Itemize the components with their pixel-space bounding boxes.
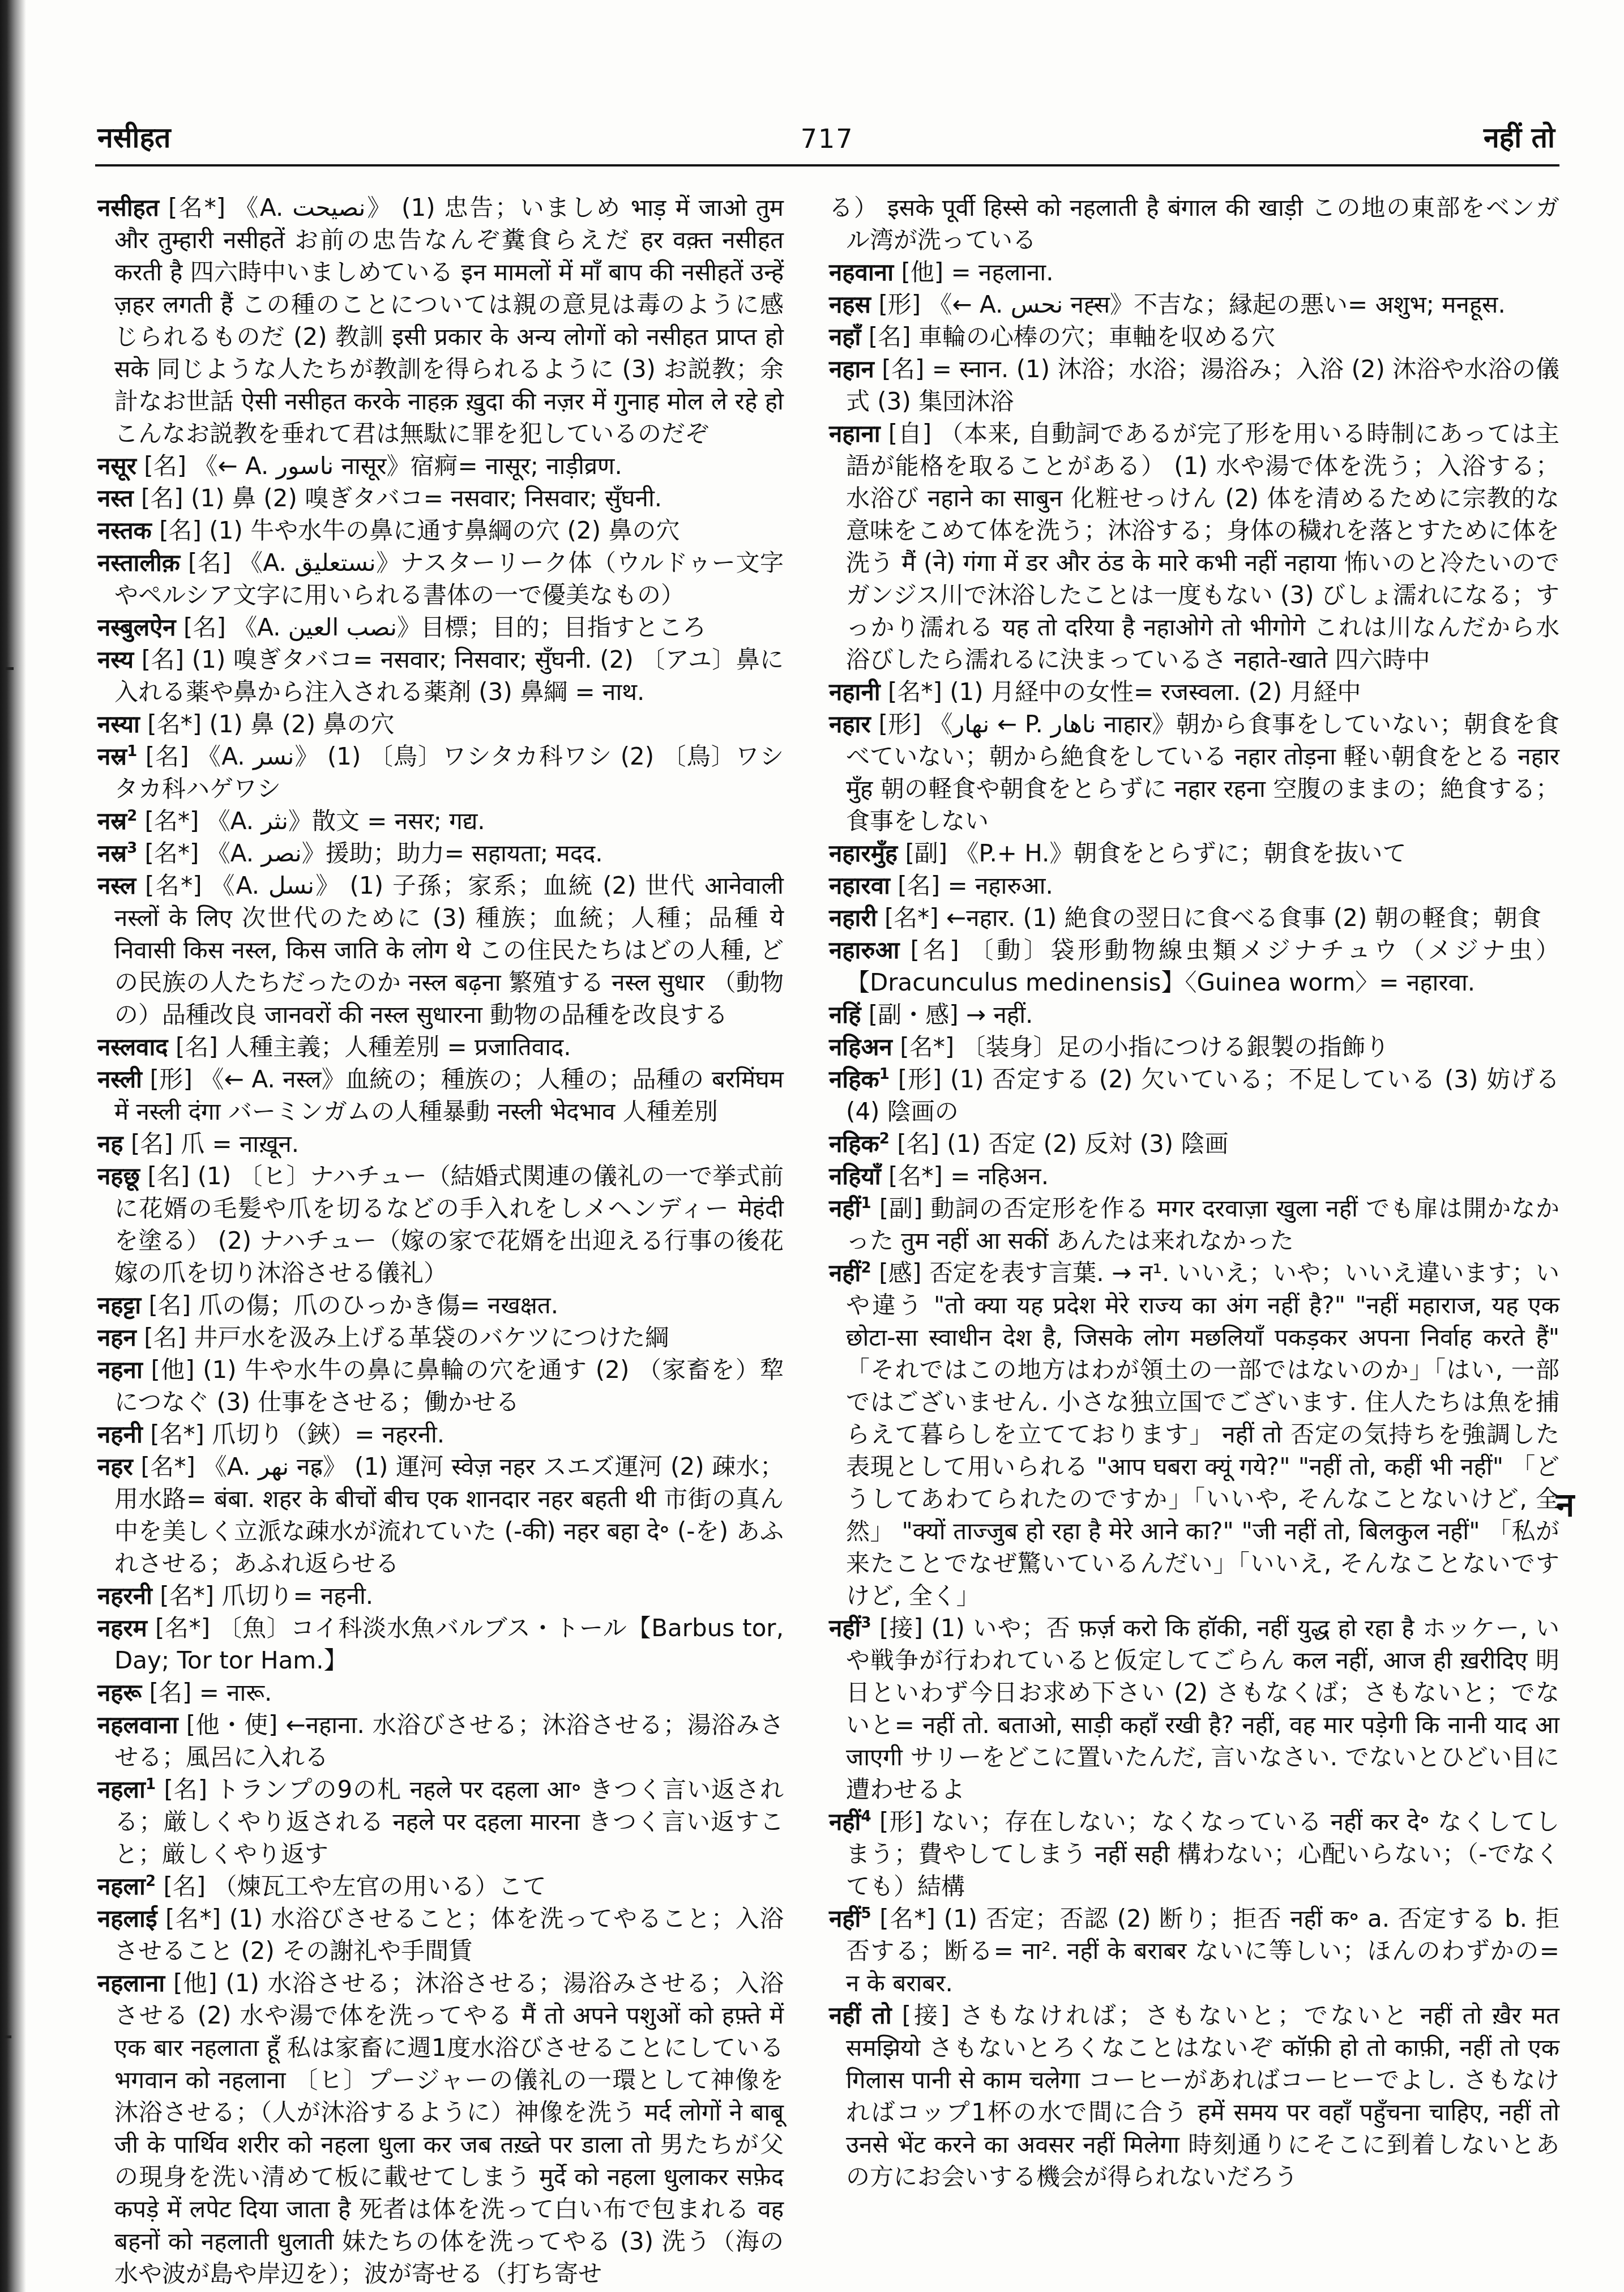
- headword: नस्त: [97, 484, 134, 512]
- entry-body: 爪の傷；爪のひっかき傷= नखक्षत.: [199, 1291, 559, 1319]
- part-of-speech-label: [名*]: [141, 1453, 195, 1480]
- part-of-speech-label: [名*]: [147, 710, 202, 738]
- dictionary-entry: नहनी [名*] 爪切り（鋏）= नहरनी.: [97, 1418, 784, 1450]
- dictionary-entry: नहरू [名] = नारू.: [97, 1676, 784, 1709]
- headword: नहट्टा: [97, 1291, 141, 1319]
- dictionary-entry: नहीं1 [副] 動詞の否定形を作る मगर दरवाज़ा खुला नही…: [829, 1192, 1559, 1257]
- dictionary-entry: नहारुआ [名] 〔動〕袋形動物線虫類メジナチュウ（メジナ虫）【Dracun…: [829, 934, 1559, 998]
- dictionary-entry: नस्तक [名] (1) 牛や水牛の鼻に通す鼻綱の穴 (2) 鼻の穴: [97, 514, 784, 547]
- entry-body: = नारू.: [199, 1679, 272, 1706]
- dictionary-entry: नहीं3 [接] (1) いや；否 फ़र्ज़ करो कि हॉकी, न…: [829, 1612, 1559, 1806]
- entry-body: トランプの9の札 नहले पर दहला आ॰ きつく言い返される；厳しくやり…: [114, 1775, 784, 1868]
- entry-body: ない；存在しない；なくなっている नहीं कर दे॰ なくしてしまう；費やし…: [846, 1808, 1559, 1900]
- part-of-speech-label: [名]: [882, 355, 924, 383]
- dictionary-entry: नसीहत [名*] 《A. نصيحت》 (1) 忠告；いましめ भाड़ म…: [97, 191, 784, 450]
- part-of-speech-label: [名]: [911, 936, 959, 964]
- part-of-speech-label: [名*]: [150, 1420, 204, 1448]
- column-right: る） इसके पूर्वी हिस्से को नहलाती है बंगाल…: [829, 191, 1559, 2193]
- entry-body: 《← A. ناسور नासूर》宿痾= नासूर; नाड़ीव्रण.: [194, 452, 622, 480]
- part-of-speech-label: [他・使]: [186, 1711, 278, 1739]
- entry-body: 《P.+ H.》朝食をとらずに；朝食を抜いて: [955, 839, 1407, 867]
- entry-body: 《A. نسر》 (1) 〔鳥〕ワシタカ科ワシ (2) 〔鳥〕ワシタカ科ハゲワシ: [114, 742, 784, 803]
- dictionary-entry: नहला1 [名] トランプの9の札 नहले पर दहला आ॰ きつく言い…: [97, 1773, 784, 1870]
- part-of-speech-label: [名]: [183, 613, 226, 641]
- dictionary-entry: नहिअन [名*] 〔装身〕足の小指につける銀製の指飾り: [829, 1031, 1559, 1063]
- dictionary-entry: नहिक2 [名] (1) 否定 (2) 反対 (3) 陰画: [829, 1128, 1559, 1160]
- headword: नस्ल: [97, 872, 136, 899]
- dictionary-entry: नस्बुलऐन [名] 《A. نصب العين》目標；目的；目指すところ: [97, 611, 784, 643]
- part-of-speech-label: [名]: [159, 517, 202, 544]
- dictionary-entry: नहर [名*] 《A. نهر नह्र》 (1) 運河 स्वेज़ नहर…: [97, 1450, 784, 1580]
- headword: नहान: [829, 355, 874, 383]
- part-of-speech-label: [名]: [141, 484, 183, 512]
- entry-body: 爪切り= नहनी.: [221, 1582, 373, 1610]
- entry-body: 〔魚〕コイ科淡水魚バルブス・トール【Barbus tor, Day; Tor t…: [114, 1614, 784, 1674]
- part-of-speech-label: [名]: [188, 549, 231, 577]
- headword: नहाना: [829, 420, 881, 447]
- entry-body: (1) 牛や水牛の鼻に鼻輪の穴を通す (2) （家畜を）犂につなぐ (3) 仕事…: [114, 1356, 784, 1416]
- entry-body: 《A. نسل》 (1) 子孫；家系；血統 (2) 世代 आनेवाली नस्…: [114, 872, 784, 1028]
- part-of-speech-label: [形]: [878, 291, 921, 318]
- part-of-speech-label: [形]: [150, 1065, 193, 1093]
- headword: नहारवा: [829, 872, 890, 899]
- part-of-speech-label: [接]: [879, 1614, 923, 1642]
- dictionary-entry: नहस [形] 《← A. نحس नह्स》不吉な；縁起の悪い= अशुभ; …: [829, 288, 1559, 321]
- headword: नहारुआ: [829, 936, 900, 964]
- dictionary-entry: नस्य [名] (1) 嗅ぎタバコ= नसवार; निसवार; सुँघन…: [97, 643, 784, 708]
- part-of-speech-label: [名]: [897, 1130, 939, 1158]
- entry-body: 《A. نهر नह्र》 (1) 運河 स्वेज़ नहर スエズ運河 (2…: [114, 1453, 784, 1577]
- entry-body: (1) 鼻 (2) 鼻の穴: [209, 710, 394, 738]
- headword: नहानी: [829, 678, 881, 706]
- part-of-speech-label: [名]: [149, 1679, 192, 1706]
- dictionary-entry: नहरनी [名*] 爪切り= नहनी.: [97, 1580, 784, 1612]
- part-of-speech-label: [副]: [879, 1194, 922, 1222]
- dictionary-entry: नस्ल [名*] 《A. نسل》 (1) 子孫；家系；血統 (2) 世代 आ…: [97, 869, 784, 1031]
- entry-body: (1) 牛や水牛の鼻に通す鼻綱の穴 (2) 鼻の穴: [209, 517, 679, 544]
- part-of-speech-label: [名]: [146, 742, 189, 770]
- entry-body: (1) 水浴させる；沐浴させる；湯浴みさせる；入浴させる (2) 水や湯で体を洗…: [114, 1969, 784, 2287]
- dictionary-entry: नहारवा [名] = नहारुआ.: [829, 869, 1559, 902]
- guide-word-right: नहीं तो: [1484, 123, 1555, 152]
- headword: नस्तालीक़: [97, 549, 180, 577]
- headword: नहन: [97, 1324, 136, 1351]
- headword: नहरनी: [97, 1582, 152, 1610]
- dictionary-entry: नहियाँ [名*] = नहिअन.: [829, 1160, 1559, 1192]
- dictionary-entry: नहट्टा [名] 爪の傷；爪のひっかき傷= नखक्षत.: [97, 1289, 784, 1321]
- dictionary-entry: नहाँ [名] 車輪の心棒の穴；車軸を収める穴: [829, 321, 1559, 353]
- part-of-speech-label: [名*]: [168, 194, 225, 221]
- part-of-speech-label: [名*]: [145, 807, 199, 835]
- entry-body: (1) 否定 (2) 反対 (3) 陰画: [947, 1130, 1228, 1158]
- part-of-speech-label: [名]: [144, 452, 186, 480]
- entry-body: 《A. نصيحت》 (1) 忠告；いましめ भाड़ में जाओ तुम …: [114, 194, 784, 447]
- part-of-speech-label: [名*]: [888, 1162, 943, 1190]
- scan-speck: [6, 667, 14, 670]
- part-of-speech-label: [名]: [176, 1033, 218, 1061]
- part-of-speech-label: [形]: [878, 710, 921, 738]
- part-of-speech-label: [他]: [173, 1969, 217, 1997]
- headword: नहीं1: [829, 1194, 871, 1222]
- part-of-speech-label: [名*]: [879, 1905, 935, 1932]
- column-left: नसीहत [名*] 《A. نصيحت》 (1) 忠告；いましめ भाड़ म…: [97, 191, 784, 2290]
- entry-body: 動詞の否定形を作る मगर दरवाज़ा खुला नहीं でも扉は開かなか…: [846, 1194, 1559, 1254]
- entry-body: (1) 否定；否認 (2) 断り；拒否 नहीं क॰ a. 否定する b. 拒…: [846, 1905, 1559, 1997]
- headword: नस्तक: [97, 517, 152, 544]
- dictionary-entry: नस्लवाद [名] 人種主義；人種差別 = प्रजातिवाद.: [97, 1031, 784, 1063]
- headword: नहिक2: [829, 1130, 890, 1158]
- part-of-speech-label: [名]: [131, 1130, 173, 1158]
- entry-body: = नहारुआ.: [947, 872, 1053, 899]
- entry-body: 《← A. نحس नह्स》不吉な；縁起の悪い= अशुभ; मनहूस.: [929, 291, 1506, 318]
- entry-body: (1) 鼻 (2) 嗅ぎタバコ= नसवार; निसवार; सुँघनी.: [191, 484, 662, 512]
- headword: नहिं: [829, 1001, 861, 1028]
- headword: नस्या: [97, 710, 140, 738]
- header-rule: [95, 164, 1559, 167]
- entry-body: さもなければ；さもないと；でないと नहीं तो ख़ैर मत समझियो…: [846, 2001, 1559, 2191]
- dictionary-entry: नस्त [名] (1) 鼻 (2) 嗅ぎタバコ= नसवार; निसवार;…: [97, 482, 784, 514]
- headword: नस्ली: [97, 1065, 142, 1093]
- entry-body: 《← A. नस्ल》血統の；種族の；人種の；品種の बरमिंघम में न…: [114, 1065, 784, 1125]
- dictionary-entry: नहवाना [他] = नहलाना.: [829, 256, 1559, 288]
- part-of-speech-label: [名*]: [155, 1614, 210, 1642]
- entry-body: 爪 = नाख़ून.: [181, 1130, 299, 1158]
- headword: नहछू: [97, 1162, 140, 1190]
- page-number: 717: [801, 126, 854, 152]
- part-of-speech-label: [他]: [151, 1356, 194, 1384]
- page-header: नसीहत 717 नहीं तो: [97, 109, 1555, 152]
- entry-body: → नहीं.: [966, 1001, 1033, 1028]
- headword: नस्र3: [97, 839, 137, 867]
- entry-body: ←नहार. (1) 絶食の翌日に食べる食事 (2) 朝の軽食；朝食: [946, 904, 1541, 932]
- headword: नहवाना: [829, 258, 894, 286]
- entry-body: (1) いや；否 फ़र्ज़ करो कि हॉकी, नहीं युद्ध …: [846, 1614, 1559, 1803]
- entry-body: 〔装身〕足の小指につける銀製の指飾り: [961, 1033, 1389, 1061]
- entry-body: (1) 嗅ぎタバコ= नसवार; निसवार; सुँघनी. (2) 〔ア…: [114, 646, 784, 706]
- dictionary-entry: नहिक1 [形] (1) 否定する (2) 欠いている；不足している (3) …: [829, 1063, 1559, 1128]
- dictionary-entry: नहीं तो [接] さもなければ；さもないと；でないと नहीं तो ख़…: [829, 1999, 1559, 2193]
- dictionary-entry: नहला2 [名] （煉瓦工や左官の用いる）こて: [97, 1870, 784, 1902]
- part-of-speech-label: [感]: [879, 1259, 921, 1287]
- headword: नहीं2: [829, 1259, 871, 1287]
- dictionary-entry: नह [名] 爪 = नाख़ून.: [97, 1128, 784, 1160]
- dictionary-entry: नहानी [名*] (1) 月経中の女性= रजस्वला. (2) 月経中: [829, 676, 1559, 708]
- guide-word-left: नसीहत: [97, 123, 171, 152]
- dictionary-entry: नहीं5 [名*] (1) 否定；否認 (2) 断り；拒否 नहीं क॰ a…: [829, 1902, 1559, 1999]
- part-of-speech-label: [名*]: [884, 904, 939, 932]
- headword: नहनी: [97, 1420, 143, 1448]
- part-of-speech-label: [名*]: [888, 678, 942, 706]
- dictionary-entry: नहारी [名*] ←नहार. (1) 絶食の翌日に食べる食事 (2) 朝の…: [829, 902, 1559, 934]
- headword-homonym-number: 2: [861, 1260, 871, 1277]
- part-of-speech-label: [名*]: [145, 872, 202, 899]
- part-of-speech-label: [名]: [147, 1162, 190, 1190]
- dictionary-entry: नस्तालीक़ [名] 《A. نستعليق》ナスターリーク体（ウルドゥー…: [97, 547, 784, 611]
- part-of-speech-label: [名]: [142, 646, 184, 673]
- dictionary-entry: नस्र2 [名*] 《A. نثر》散文 = नसर; गद्य.: [97, 805, 784, 837]
- part-of-speech-label: [名]: [163, 1872, 206, 1900]
- dictionary-entry: नहान [名] = स्नान. (1) 沐浴；水浴；湯浴み；入浴 (2) 沐…: [829, 353, 1559, 417]
- part-of-speech-label: [名]: [869, 323, 911, 351]
- headword: नहिअन: [829, 1033, 892, 1061]
- entry-body: (1) 否定する (2) 欠いている；不足している (3) 妨げる (4) 陰画…: [846, 1065, 1559, 1125]
- headword: नहना: [97, 1356, 143, 1384]
- dictionary-entry: る） इसके पूर्वी हिस्से को नहलाती है बंगाल…: [829, 191, 1559, 256]
- headword: नहरू: [97, 1679, 142, 1706]
- entry-body: = स्नान. (1) 沐浴；水浴；湯浴み；入浴 (2) 沐浴や水浴の儀式 (…: [846, 355, 1559, 415]
- entry-body: 《A. نصب العين》目標；目的；目指すところ: [233, 613, 706, 641]
- part-of-speech-label: [自]: [888, 420, 931, 447]
- part-of-speech-label: [形]: [898, 1065, 942, 1093]
- part-of-speech-label: [副・感]: [869, 1001, 959, 1028]
- headword: नहारमुँह: [829, 839, 898, 867]
- headword: नसूर: [97, 452, 136, 480]
- dictionary-entry: नहीं2 [感] 否定を表す言葉. → न¹. いいえ；いや；いいえ違います；…: [829, 1257, 1559, 1612]
- dictionary-entry: नहीं4 [形] ない；存在しない；なくなっている नहीं कर दे॰ な…: [829, 1806, 1559, 1902]
- headword-homonym-number: 2: [879, 1130, 890, 1147]
- part-of-speech-label: [名]: [898, 872, 940, 899]
- headword: नहीं4: [829, 1808, 871, 1836]
- headword-homonym-number: 1: [146, 1776, 156, 1793]
- headword: नहीं3: [829, 1614, 871, 1642]
- dictionary-entry: नस्या [名*] (1) 鼻 (2) 鼻の穴: [97, 708, 784, 740]
- part-of-speech-label: [名*]: [900, 1033, 954, 1061]
- entry-body: = नहिअन.: [950, 1162, 1049, 1190]
- dictionary-entry: नस्र1 [名] 《A. نسر》 (1) 〔鳥〕ワシタカ科ワシ (2) 〔鳥…: [97, 740, 784, 805]
- headword: नस्बुलऐन: [97, 613, 176, 641]
- entry-body: 人種主義；人種差別 = प्रजातिवाद.: [225, 1033, 571, 1061]
- entry-body: (1) 〔ヒ〕ナハチュー（結婚式関連の儀礼の一で挙式前に花婿の毛髪や爪を切るなど…: [114, 1162, 784, 1287]
- part-of-speech-label: [名]: [164, 1775, 207, 1803]
- headword-homonym-number: 3: [127, 840, 137, 857]
- headword-homonym-number: 2: [146, 1873, 156, 1890]
- part-of-speech-label: [形]: [879, 1808, 923, 1836]
- headword: नसीहत: [97, 194, 159, 221]
- headword: नहला1: [97, 1775, 156, 1803]
- part-of-speech-label: [副]: [905, 839, 947, 867]
- headword: नहीं5: [829, 1905, 871, 1932]
- entry-body: 《نهار ← P. ناهار नाहार》朝から食事をしていない；朝食を食べ…: [846, 710, 1559, 835]
- headword-homonym-number: 1: [127, 743, 137, 760]
- dictionary-entry: नहलवाना [他・使] ←नहाना. 水浴びさせる；沐浴させる；湯浴みさせ…: [97, 1709, 784, 1773]
- dictionary-page-scan: नसीहत 717 नहीं तो नसीहत [名*] 《A. نصيحت》 …: [0, 0, 1624, 2292]
- entry-body: る） इसके पूर्वी हिस्से को नहलाती है बंगाल…: [829, 194, 1559, 254]
- dictionary-entry: नहिं [副・感] → नहीं.: [829, 998, 1559, 1031]
- dictionary-entry: नसूर [名] 《← A. ناسور नासूर》宿痾= नासूर; ना…: [97, 450, 784, 482]
- dictionary-entry: नहरम [名*] 〔魚〕コイ科淡水魚バルブス・トール【Barbus tor, …: [97, 1612, 784, 1676]
- headword: नहार: [829, 710, 871, 738]
- headword: नहिक1: [829, 1065, 890, 1093]
- headword-homonym-number: 1: [861, 1195, 871, 1212]
- headword: नस्लवाद: [97, 1033, 168, 1061]
- dictionary-entry: नहाना [自] （本来, 自動詞であるが完了形を用いる時制にあっては主語が能…: [829, 417, 1559, 676]
- dictionary-entry: नहलाना [他] (1) 水浴させる；沐浴させる；湯浴みさせる；入浴させる …: [97, 1967, 784, 2290]
- part-of-speech-label: [名]: [144, 1324, 186, 1351]
- headword: नहाँ: [829, 323, 861, 351]
- entry-body: （煉瓦工や左官の用いる）こて: [213, 1872, 546, 1900]
- headword-homonym-number: 5: [861, 1905, 871, 1922]
- headword: नहस: [829, 291, 871, 318]
- entry-body: 車輪の心棒の穴；車軸を収める穴: [918, 323, 1275, 351]
- entry-body: 井戸水を汲み上げる革袋のバケツにつけた綱: [194, 1324, 669, 1351]
- part-of-speech-label: [名*]: [145, 839, 199, 867]
- dictionary-entry: नहछू [名] (1) 〔ヒ〕ナハチュー（結婚式関連の儀礼の一で挙式前に花婿の…: [97, 1160, 784, 1289]
- headword: नहियाँ: [829, 1162, 881, 1190]
- part-of-speech-label: [接]: [902, 2001, 950, 2029]
- dictionary-entry: नहलाई [名*] (1) 水浴びさせること；体を洗ってやること；入浴させるこ…: [97, 1902, 784, 1967]
- entry-body: （本来, 自動詞であるが完了形を用いる時制にあっては主語が能格を取ることがある）…: [846, 420, 1559, 673]
- part-of-speech-label: [名]: [148, 1291, 191, 1319]
- part-of-speech-label: [名*]: [160, 1582, 214, 1610]
- headword: नस्र2: [97, 807, 137, 835]
- entry-body: 《A. نثر》散文 = नसर; गद्य.: [207, 807, 485, 835]
- headword: नहला2: [97, 1872, 156, 1900]
- headword-homonym-number: 3: [861, 1615, 871, 1632]
- thumb-index-letter: न: [1556, 1488, 1574, 1521]
- headword: नहलाई: [97, 1905, 157, 1932]
- entry-body: (1) 月経中の女性= रजस्वला. (2) 月経中: [950, 678, 1361, 706]
- dictionary-entry: नहारमुँह [副] 《P.+ H.》朝食をとらずに；朝食を抜いて: [829, 837, 1559, 869]
- headword-homonym-number: 4: [861, 1808, 871, 1825]
- entry-body: 否定を表す言葉. → न¹. いいえ；いや；いいえ違います；いや違う "तो क…: [846, 1259, 1559, 1610]
- headword: नस्य: [97, 646, 134, 673]
- headword: नहलाना: [97, 1969, 165, 1997]
- dictionary-entry: नस्ली [形] 《← A. नस्ल》血統の；種族の；人種の；品種の बरम…: [97, 1063, 784, 1128]
- book-gutter-shadow: [0, 0, 26, 2292]
- dictionary-entry: नहन [名] 井戸水を汲み上げる革袋のバケツにつけた綱: [97, 1321, 784, 1354]
- headword: नहारी: [829, 904, 877, 932]
- entry-body: 《A. نصر》援助；助力= सहायता; मदद.: [207, 839, 603, 867]
- part-of-speech-label: [名*]: [165, 1905, 221, 1932]
- scan-speck: [5, 2035, 11, 2038]
- headword-homonym-number: 1: [879, 1066, 890, 1083]
- headword: नहीं तो: [829, 2001, 892, 2029]
- headword: नहरम: [97, 1614, 147, 1642]
- headword: नह: [97, 1130, 123, 1158]
- dictionary-entry: नस्र3 [名*] 《A. نصر》援助；助力= सहायता; मदद.: [97, 837, 784, 869]
- headword-homonym-number: 2: [127, 808, 137, 825]
- entry-body: 爪切り（鋏）= नहरनी.: [212, 1420, 445, 1448]
- headword: नस्र1: [97, 742, 137, 770]
- dictionary-entry: नहना [他] (1) 牛や水牛の鼻に鼻輪の穴を通す (2) （家畜を）犂につ…: [97, 1354, 784, 1418]
- entry-body: = नहलाना.: [951, 258, 1054, 286]
- headword: नहर: [97, 1453, 133, 1480]
- headword: नहलवाना: [97, 1711, 178, 1739]
- dictionary-entry: नहार [形] 《نهار ← P. ناهار नाहार》朝から食事をして…: [829, 708, 1559, 837]
- part-of-speech-label: [他]: [901, 258, 943, 286]
